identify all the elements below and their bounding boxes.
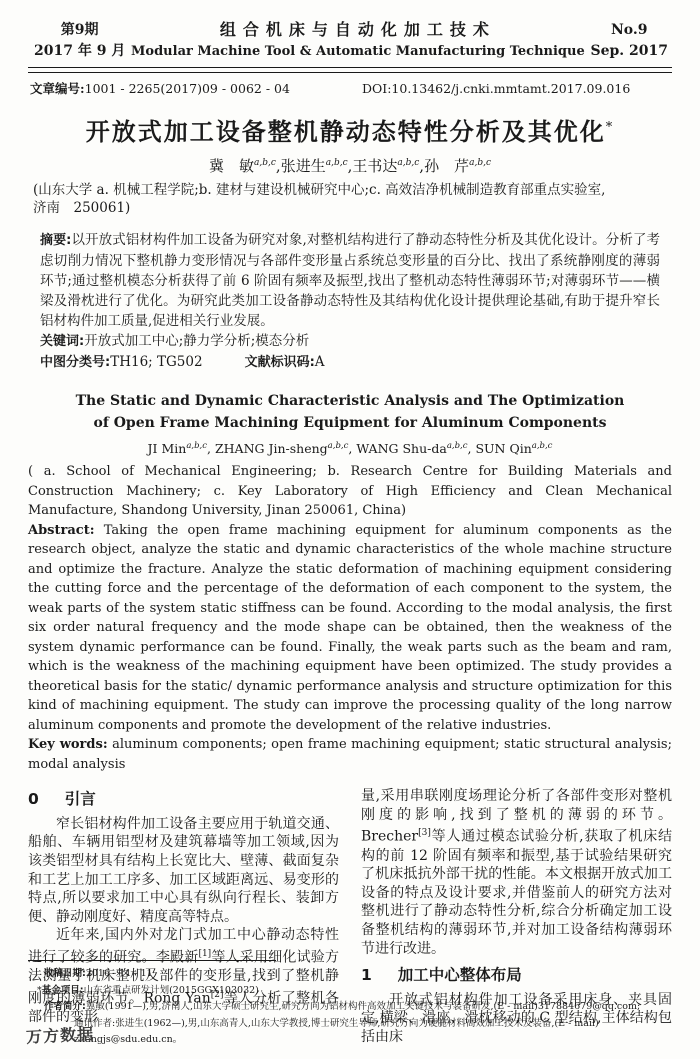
keywords-en-text: aluminum components; open frame machinin… [28,737,672,772]
author-en: JI Mina,b,c [148,441,207,456]
intro-paragraph-1: 窄长铝材构件加工设备主要应用于轨道交通、船舶、车辆用铝型材及建筑幕墙等加工领域,… [28,815,339,927]
article-number-label: 文章编号: [30,81,85,96]
keywords-cn-label: 关键词: [40,334,84,349]
clc-value: TH16; TG502 [110,354,202,370]
fund-project-label: 基金项目: [42,985,84,996]
header-issue-cn: 第9期 2017 年 9 月 [34,20,125,62]
issue-date-en: Sep. 2017 [590,41,668,62]
author-bio-value: 冀敏(1991—),男,济南人,山东大学硕士研究生,研究方向为铝材构件高效加工关… [86,1001,640,1012]
received-date-line: 收稿日期:2016 - 11 - 11 [28,966,688,983]
affiliation-cn-line1: (山东大学 a. 机械工程学院;b. 建材与建设机械研究中心;c. 高效洁净机械… [33,181,672,199]
paper-title-en-line2: of Open Frame Machining Equipment for Al… [28,412,672,434]
clc-line: 中图分类号:TH16; TG502文献标识码:A [28,352,672,373]
section-title: 引言 [65,790,96,808]
doc-code-value: A [315,354,325,370]
abstract-en-text: Taking the open frame machining equipmen… [28,523,672,733]
paper-title-en: The Static and Dynamic Characteristic An… [28,390,672,434]
author-cn: 冀 敏a,b,c [209,157,276,175]
article-number-value: 1001 - 2265(2017)09 - 0062 - 04 [85,81,290,96]
journal-name-block: 组合机床与自动化加工技术 Modular Machine Tool & Auto… [125,20,590,62]
paper-title-en-line1: The Static and Dynamic Characteristic An… [28,390,672,412]
issue-number-en: No.9 [590,20,668,41]
title-footnote-mark: * [606,120,615,135]
article-meta-line: 文章编号:1001 - 2265(2017)09 - 0062 - 04 DOI… [28,81,672,97]
header-double-rule [28,67,672,73]
author-cn: 张进生a,b,c [281,157,348,175]
author-bio-line: 作者简介:冀敏(1991—),男,济南人,山东大学硕士研究生,研究方向为铝材构件… [28,999,688,1016]
english-block: The Static and Dynamic Characteristic An… [28,390,672,774]
abstract-cn: 摘要:以开放式铝材构件加工设备为研究对象,对整机结构进行了静动态特性分析及其优化… [28,230,672,331]
author-cn: 王书达a,b,c [352,157,419,175]
keywords-en-label: Key words: [28,737,108,752]
footnote-block: 收稿日期:2016 - 11 - 11 *基金项目:山东省重点研发计划(2015… [28,960,688,1049]
reference-mark-1: [1] [198,949,211,959]
section-heading-0: 0引言 [28,790,339,809]
paragraph-text: 等人通过模态试验分析,获取了机床结构的前 12 阶固有频率和振型,基于试验结果研… [361,829,672,957]
doi: DOI:10.13462/j.cnki.mmtamt.2017.09.016 [362,81,630,97]
journal-name-cn: 组合机床与自动化加工技术 [125,20,590,40]
doc-code-label: 文献标识码: [245,355,315,370]
abstract-cn-text: 以开放式铝材构件加工设备为研究对象,对整机结构进行了静动态特性分析及其优化设计。… [40,232,660,329]
author-cn: 孙 芹a,b,c [424,157,491,175]
paper-title-text: 开放式加工设备整机静动态特性分析及其优化 [86,117,606,146]
received-date-value: 2016 - 11 - 11 [86,968,153,979]
affiliation-cn-line2: 济南 250061) [33,199,672,217]
reference-mark-3: [3] [418,828,431,838]
affiliation-cn: (山东大学 a. 机械工程学院;b. 建材与建设机械研究中心;c. 高效洁净机械… [28,181,672,217]
paper-title-cn: 开放式加工设备整机静动态特性分析及其优化* [28,112,672,147]
article-number: 文章编号:1001 - 2265(2017)09 - 0062 - 04 [30,81,362,97]
abstract-en-label: Abstract: [28,523,95,538]
paper-page: 第9期 2017 年 9 月 组合机床与自动化加工技术 Modular Mach… [0,0,700,1059]
intro-paragraph-2-continued: 量,采用串联刚度场理论分析了各部件变形对整机刚度的影响,找到了整机的薄弱的环节。… [361,787,672,958]
author-en: ZHANG Jin-shenga,b,c [215,441,348,456]
received-date-label: 收稿日期: [44,968,86,979]
keywords-cn-text: 开放式加工中心;静力学分析;模态分析 [84,333,309,349]
authors-en: JI Mina,b,c, ZHANG Jin-shenga,b,c, WANG … [28,437,672,458]
corresponding-author-line: 通讯作者:张进生(1962—),男,山东高青人,山东大学教授,博士研究生导师,研… [28,1016,688,1033]
authors-cn: 冀 敏a,b,c,张进生a,b,c,王书达a,b,c,孙 芹a,b,c [28,155,672,176]
corresponding-author-email: zhangjs@sdu.edu.cn。 [28,1032,688,1049]
footnote-rule [28,960,276,961]
keywords-en: Key words: aluminum components; open fra… [28,735,672,774]
journal-header: 第9期 2017 年 9 月 组合机床与自动化加工技术 Modular Mach… [28,14,672,62]
abstract-cn-label: 摘要: [40,233,71,248]
section-number: 0 [28,790,39,808]
author-en: SUN Qina,b,c [475,441,552,456]
issue-number-cn: 第9期 [34,20,125,41]
clc-label: 中图分类号: [40,355,110,370]
abstract-en: Abstract: Taking the open frame machinin… [28,521,672,736]
fund-project-line: *基金项目:山东省重点研发计划(2015GGX103032) [28,983,688,1000]
keywords-cn: 关键词:开放式加工中心;静力学分析;模态分析 [28,331,672,352]
journal-name-en: Modular Machine Tool & Automatic Manufac… [125,42,590,62]
author-separator: , [207,441,215,456]
fund-project-value: 山东省重点研发计划(2015GGX103032) [84,985,259,996]
header-issue-en: No.9 Sep. 2017 [590,20,668,62]
affiliation-en: ( a. School of Mechanical Engineering; b… [28,462,672,521]
issue-date-cn: 2017 年 9 月 [34,41,125,62]
wanfang-watermark: 万方数据 [25,1021,94,1048]
author-en: WANG Shu-daa,b,c [356,441,467,456]
author-bio-label: 作者简介: [44,1001,86,1012]
